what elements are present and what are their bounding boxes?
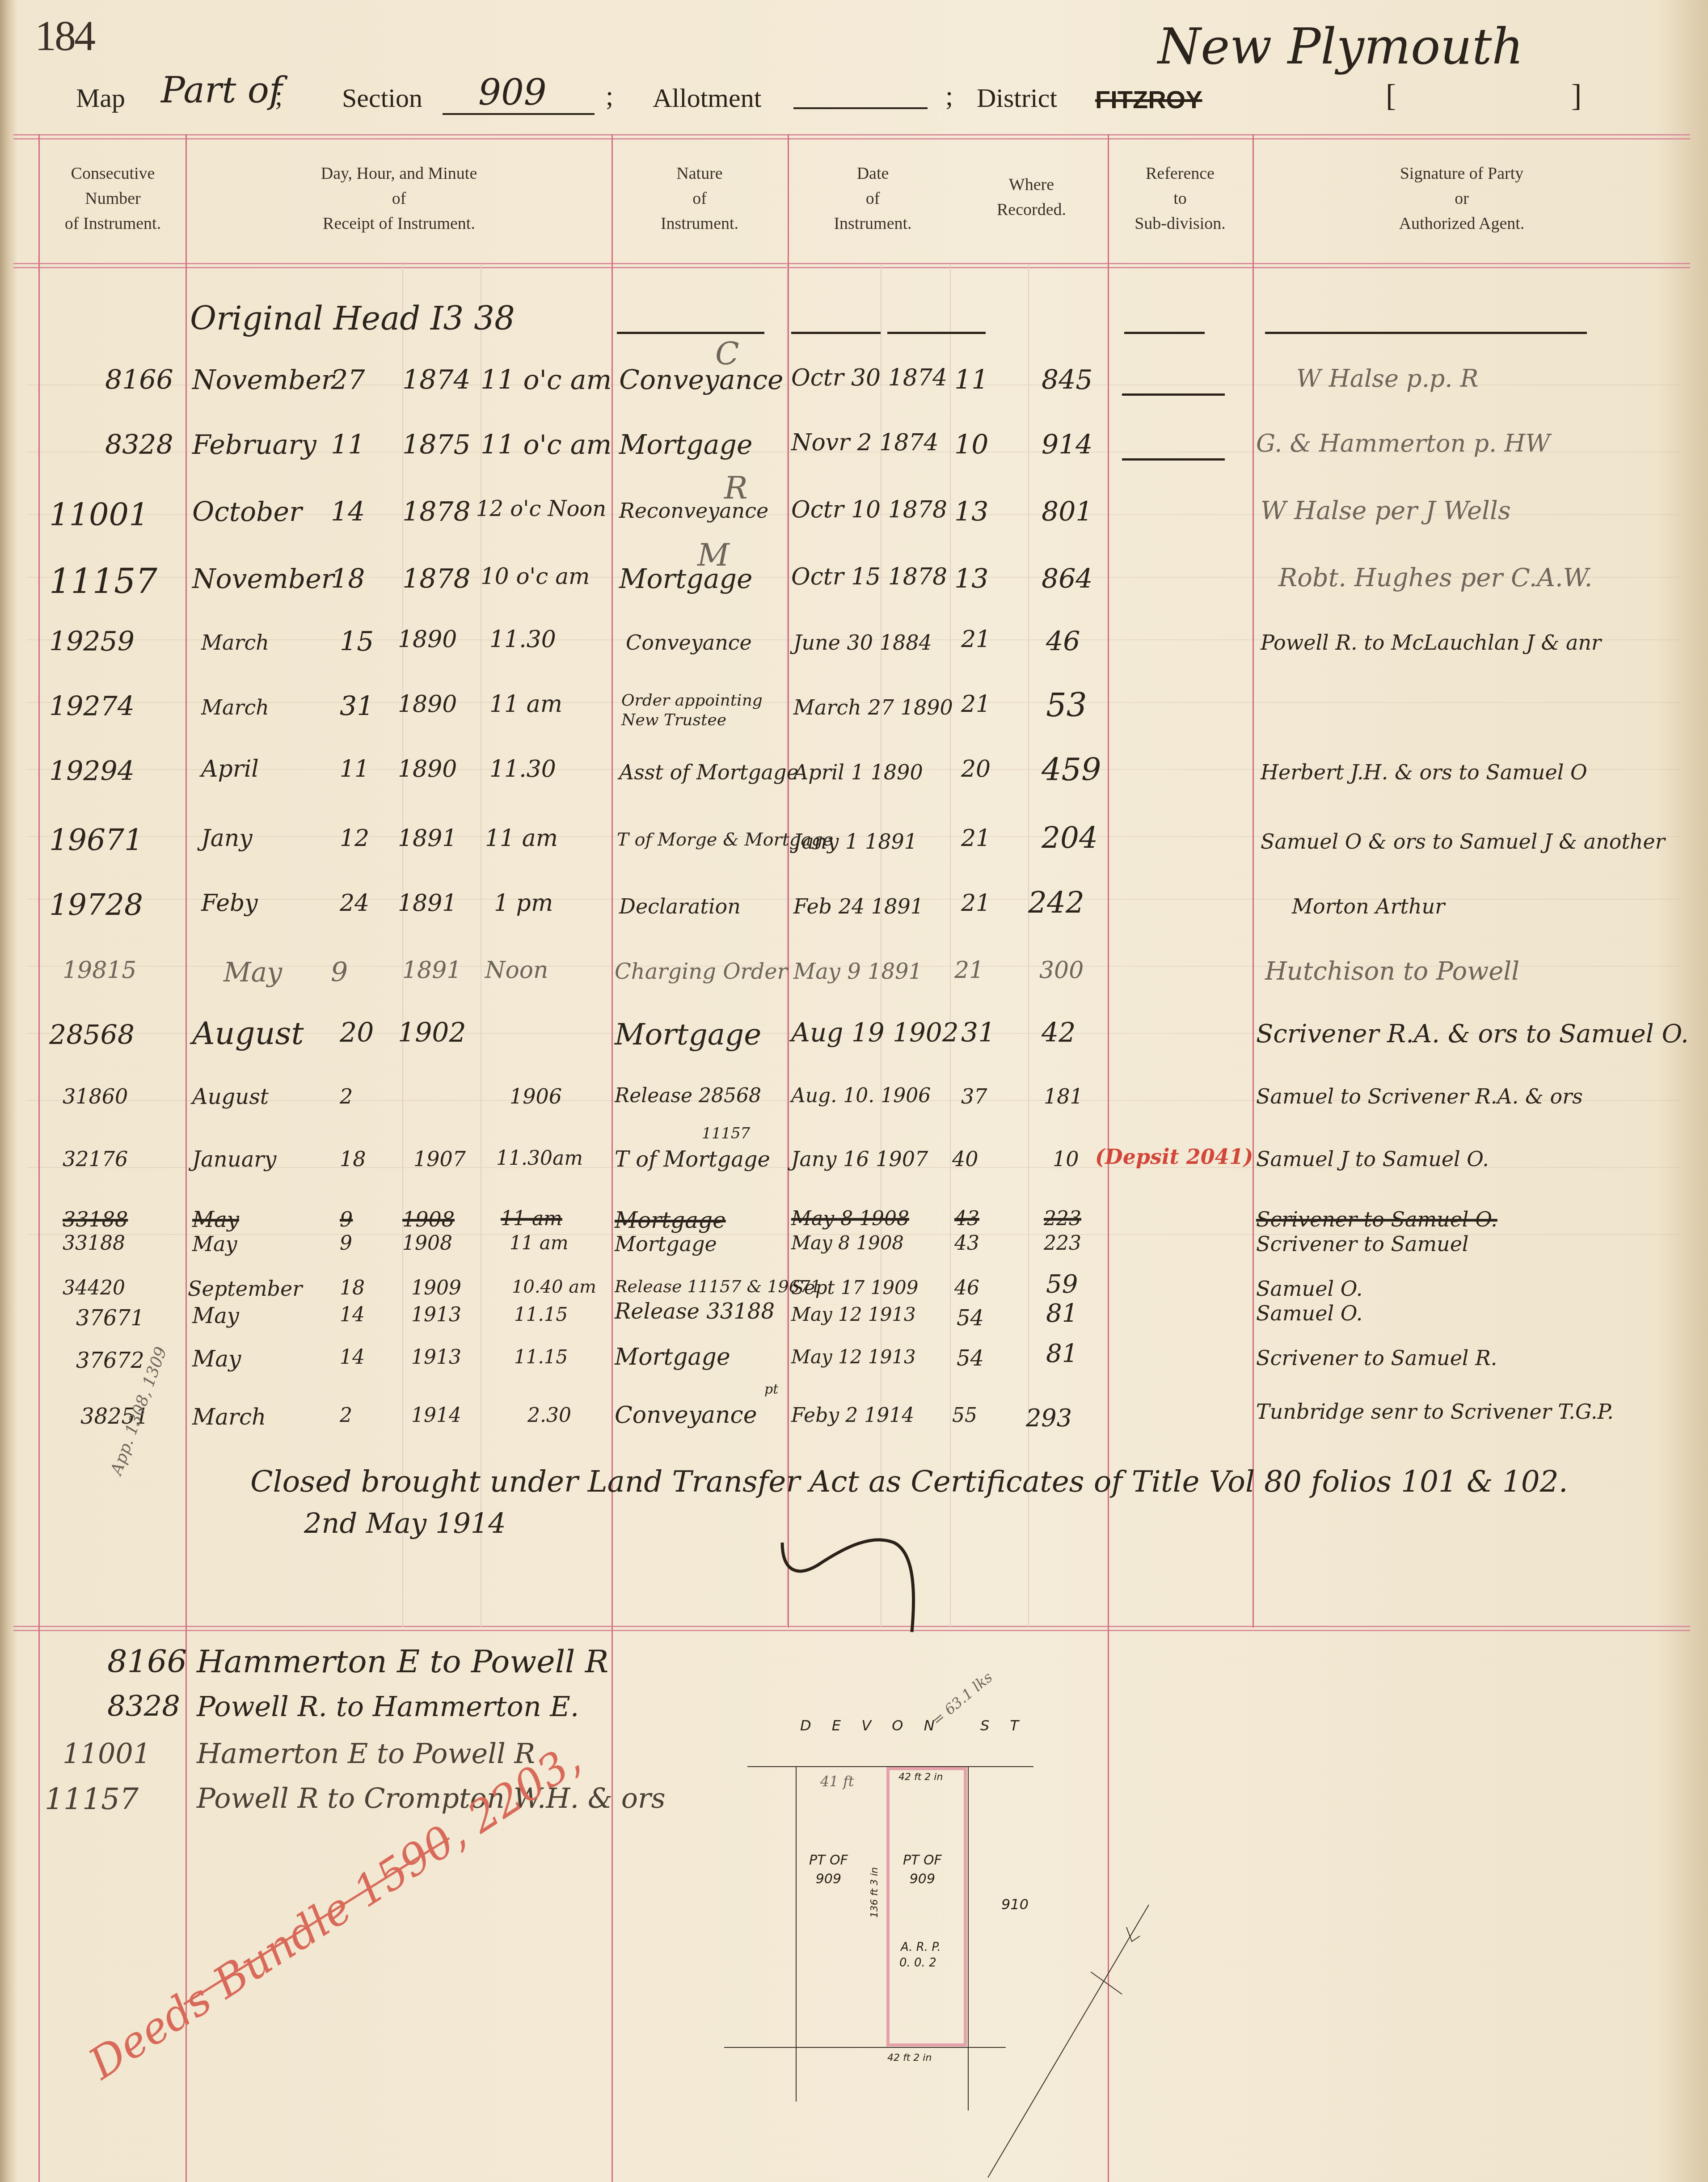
recorded-folio: 223 xyxy=(1044,1232,1081,1255)
receipt-month: February xyxy=(192,429,316,461)
signature: Samuel O. xyxy=(1256,1301,1362,1325)
recorded-volume: 54 xyxy=(957,1306,984,1331)
receipt-year: 1908 xyxy=(402,1232,452,1255)
plan-street-label: D E V O N S T xyxy=(800,1717,1027,1734)
recorded-folio: 914 xyxy=(1042,429,1093,461)
receipt-day: 14 xyxy=(331,496,365,528)
receipt-year-struck: 1908 xyxy=(402,1207,455,1231)
receipt-month: May xyxy=(192,1346,241,1372)
plan-left-lot: PT OF 909 xyxy=(809,1851,848,1889)
recorded-volume: 55 xyxy=(952,1404,977,1427)
receipt-time: 11 o'c am xyxy=(481,429,612,461)
index-number: 8328 xyxy=(107,1690,180,1723)
receipt-day: 18 xyxy=(340,1147,366,1171)
receipt-day: 2 xyxy=(340,1404,352,1427)
index-number: 8166 xyxy=(107,1643,187,1680)
receipt-day: 11 xyxy=(340,756,369,782)
allotment-value xyxy=(793,89,928,109)
instrument-date: Feb 24 1891 xyxy=(793,894,924,918)
instrument-date: Octr 30 1874 xyxy=(791,364,947,391)
receipt-day-struck: 9 xyxy=(340,1207,353,1231)
recorded-volume: 37 xyxy=(961,1084,987,1108)
instrument-number: 11001 xyxy=(49,496,149,533)
separator: ; xyxy=(945,80,953,112)
index-parties: Powell R to Crompton W.H. & ors xyxy=(197,1782,666,1814)
receipt-time: 11 am xyxy=(485,825,558,852)
recorded-volume: 21 xyxy=(961,691,991,718)
recorded-volume: 13 xyxy=(954,563,988,595)
ledger-page: 184 Map Part of ; Section 909 ; Allotmen… xyxy=(0,0,1708,2182)
recorded-volume: 46 xyxy=(954,1277,979,1299)
signature: G. & Hammerton p. HW xyxy=(1256,429,1550,457)
recorded-folio: 204 xyxy=(1042,820,1098,855)
receipt-year: 1913 xyxy=(411,1346,461,1369)
recorded-folio: 81 xyxy=(1046,1339,1078,1368)
signature: Samuel to Scrivener R.A. & ors xyxy=(1256,1084,1583,1108)
sub-column-line xyxy=(950,264,951,1628)
sub-column-line xyxy=(787,264,788,1628)
instrument-number: 37671 xyxy=(76,1306,144,1331)
receipt-year: 1890 xyxy=(398,626,457,653)
recorded-volume: 10 xyxy=(954,429,988,461)
receipt-day: 9 xyxy=(331,957,348,988)
receipt-time: 2.30 xyxy=(527,1404,571,1427)
recorded-volume: 20 xyxy=(961,756,991,782)
plan-area-value: 0. 0. 2 xyxy=(899,1956,936,1970)
sub-column-line xyxy=(402,264,403,1628)
instrument-date: Feby 2 1914 xyxy=(791,1404,914,1427)
signature: W Halse per J Wells xyxy=(1261,496,1511,525)
signature-struck: Scrivener to Samuel O. xyxy=(1256,1207,1497,1231)
receipt-day: 11 xyxy=(331,429,365,461)
allotment-label: Allotment xyxy=(653,83,761,114)
north-arrow-icon xyxy=(974,1900,1162,2182)
closing-date: 2nd May 1914 xyxy=(304,1507,506,1539)
plan-line xyxy=(724,2047,1006,2048)
receipt-year: 1878 xyxy=(402,496,471,528)
receipt-month: August xyxy=(192,1015,304,1052)
recorded-folio: 46 xyxy=(1046,626,1080,657)
closing-note: Closed brought under Land Transfer Act a… xyxy=(250,1464,1568,1499)
sub-column-line xyxy=(481,264,481,1628)
instrument-number: 19294 xyxy=(49,756,135,787)
receipt-year: 1875 xyxy=(402,429,471,461)
blank-dash xyxy=(617,332,764,334)
instrument-date: May 12 1913 xyxy=(791,1346,916,1368)
receipt-month: September xyxy=(188,1277,302,1301)
receipt-year: 1891 xyxy=(402,957,461,984)
nature: Mortgage xyxy=(615,1017,761,1052)
instrument-number-struck: 33188 xyxy=(63,1207,128,1231)
column-header-date: Date of Instrument. xyxy=(789,161,957,236)
survey-plan: D E V O N S T = 63.1 lks 41 ft 42 ft 2 i… xyxy=(715,1654,1207,2182)
nature: Release 33188 xyxy=(615,1299,775,1324)
receipt-day: 12 xyxy=(340,825,369,852)
receipt-time: 1 pm xyxy=(494,890,553,917)
instrument-number: 37672 xyxy=(76,1348,144,1373)
plan-line xyxy=(968,1766,969,2110)
instrument-date: Aug 19 1902 xyxy=(791,1017,959,1048)
header-top-rule xyxy=(13,134,1690,140)
bracket-close: ] xyxy=(1571,78,1581,114)
receipt-day: 2 xyxy=(340,1084,353,1108)
receipt-time: 11 am xyxy=(489,691,562,718)
recorded-volume: 21 xyxy=(961,825,991,852)
nature: Mortgage xyxy=(619,563,752,595)
receipt-month: March xyxy=(192,1404,266,1430)
nature: Mortgage xyxy=(615,1344,730,1370)
signature: Samuel J to Samuel O. xyxy=(1256,1147,1489,1171)
recorded-volume: 54 xyxy=(957,1346,984,1371)
signature: Powell R. to McLauchlan J & anr xyxy=(1261,630,1601,655)
receipt-day: 14 xyxy=(340,1346,365,1369)
signature: Robt. Hughes per C.A.W. xyxy=(1278,563,1592,592)
receipt-month: March xyxy=(201,695,269,719)
receipt-day: 14 xyxy=(340,1303,365,1326)
receipt-time: 12 o'c Noon xyxy=(476,496,606,521)
signature: Scrivener to Samuel R. xyxy=(1256,1346,1497,1370)
plan-bottom-dim: 42 ft 2 in xyxy=(887,2052,932,2064)
separator: ; xyxy=(606,80,613,112)
instrument-date: Jany 1 1891 xyxy=(793,829,917,854)
instrument-date: Octr 10 1878 xyxy=(791,496,947,523)
receipt-year: 1907 xyxy=(413,1147,466,1171)
receipt-month: May xyxy=(192,1303,239,1328)
signature: Morton Arthur xyxy=(1292,894,1445,918)
receipt-time: 1906 xyxy=(510,1084,562,1108)
red-underline xyxy=(183,1837,450,2005)
plan-area-label: A. R. P. xyxy=(901,1941,941,1954)
receipt-month-struck: May xyxy=(192,1207,239,1232)
recorded-folio: 181 xyxy=(1044,1084,1083,1108)
map-value: Part of xyxy=(161,69,283,111)
column-line xyxy=(788,134,789,1628)
nature-mark: 11157 xyxy=(702,1125,750,1142)
column-header-reference: Reference to Sub-division. xyxy=(1109,161,1252,236)
instrument-number: 32176 xyxy=(63,1147,128,1171)
receipt-day: 24 xyxy=(340,890,369,917)
instrument-number: 31860 xyxy=(63,1084,128,1108)
receipt-day: 9 xyxy=(340,1232,352,1255)
page-number: 184 xyxy=(35,11,94,60)
receipt-time-struck: 11 am xyxy=(501,1207,562,1230)
receipt-time: 11.30 xyxy=(489,756,556,782)
nature-mark: C xyxy=(715,335,739,372)
instrument-number: 8166 xyxy=(105,364,173,396)
instrument-date: June 30 1884 xyxy=(793,630,932,655)
instrument-number: 11157 xyxy=(49,561,157,601)
instrument-number: 19259 xyxy=(49,626,135,657)
original-head: Original Head I3 38 xyxy=(190,300,515,337)
recorded-folio-struck: 223 xyxy=(1044,1207,1081,1230)
instrument-date: Novr 2 1874 xyxy=(791,429,939,456)
recorded-volume: 11 xyxy=(954,364,988,396)
instrument-number: 19274 xyxy=(49,691,135,722)
plan-side-dim: 136 ft 3 in xyxy=(869,1867,880,1918)
receipt-month: March xyxy=(201,630,269,655)
instrument-date: Jany 16 1907 xyxy=(791,1147,928,1171)
receipt-time: 11.30am xyxy=(496,1147,583,1170)
column-line xyxy=(612,134,613,2182)
receipt-year: 1913 xyxy=(411,1303,461,1326)
receipt-day: 15 xyxy=(340,626,374,657)
instrument-date: April 1 1890 xyxy=(793,760,923,784)
receipt-month: August xyxy=(192,1084,269,1109)
signature: Hutchison to Powell xyxy=(1265,957,1519,986)
receipt-year: 1874 xyxy=(402,364,471,396)
reference-dash xyxy=(1122,393,1225,396)
receipt-month: May xyxy=(192,1232,237,1256)
column-line xyxy=(38,134,40,2182)
nature: Declaration xyxy=(619,894,741,918)
column-header-receipt: Day, Hour, and Minute of Receipt of Inst… xyxy=(188,161,610,236)
nature: Mortgage xyxy=(619,429,752,461)
signature-flourish xyxy=(769,1516,1001,1659)
receipt-month: November xyxy=(192,563,334,595)
nature: T of Mortgage xyxy=(615,1147,770,1172)
plan-pencil-dim: 41 ft xyxy=(820,1773,854,1790)
instrument-date-struck: May 8 1908 xyxy=(791,1207,909,1230)
recorded-volume: 21 xyxy=(961,626,991,653)
index-parties: Hammerton E to Powell R xyxy=(197,1643,608,1680)
plan-line xyxy=(796,1766,797,2102)
nature: Mortgage xyxy=(615,1232,717,1256)
receipt-month: November xyxy=(192,364,334,396)
section-value: 909 xyxy=(443,72,595,115)
district-struck: FITZROY xyxy=(1095,85,1202,114)
nature: Asst of Mortgage xyxy=(619,760,799,784)
receipt-year: 1890 xyxy=(398,691,457,718)
blank-dash xyxy=(791,332,881,334)
recorded-folio: 845 xyxy=(1042,364,1093,396)
recorded-folio: 81 xyxy=(1046,1299,1078,1328)
receipt-month: April xyxy=(201,756,259,782)
index-number: 11157 xyxy=(45,1782,139,1816)
plan-mid-lot: PT OF 909 xyxy=(903,1851,942,1889)
column-header-nature: Nature of Instrument. xyxy=(612,161,787,236)
receipt-month: Feby xyxy=(201,890,258,917)
reference-dash xyxy=(1122,458,1225,461)
receipt-year: 1902 xyxy=(398,1017,466,1049)
nature-mark: M xyxy=(697,537,730,573)
receipt-year: 1891 xyxy=(398,825,457,852)
recorded-volume: 40 xyxy=(952,1147,978,1171)
signature: Herbert J.H. & ors to Samuel O xyxy=(1261,760,1587,784)
blank-dash xyxy=(1265,332,1587,334)
index-number: 11001 xyxy=(63,1737,151,1770)
column-header-where-recorded: Where Recorded. xyxy=(957,172,1106,222)
recorded-volume: 31 xyxy=(961,1017,995,1049)
receipt-year: 1890 xyxy=(398,756,457,782)
nature: Release 11157 & 19671 xyxy=(615,1277,821,1296)
receipt-year: 1878 xyxy=(402,563,471,595)
recorded-folio: 459 xyxy=(1042,751,1101,788)
receipt-year: 1914 xyxy=(411,1404,461,1427)
blank-dash xyxy=(887,332,986,334)
receipt-time: Noon xyxy=(485,957,548,984)
instrument-number: 19815 xyxy=(63,957,136,984)
nature: Release 28568 xyxy=(615,1084,761,1107)
plan-top-dim: 42 ft 2 in xyxy=(898,1772,943,1783)
signature: Samuel O. xyxy=(1256,1277,1362,1301)
receipt-time: 11 am xyxy=(510,1232,569,1254)
recorded-volume: 43 xyxy=(954,1232,979,1255)
receipt-year: 1909 xyxy=(411,1277,461,1299)
index-parties: Powell R. to Hammerton E. xyxy=(197,1690,579,1723)
signature: W Halse p.p. R xyxy=(1296,364,1478,393)
recorded-folio: 53 xyxy=(1046,686,1087,724)
column-line xyxy=(1253,134,1254,1628)
instrument-number: 28568 xyxy=(49,1019,135,1051)
instrument-date: March 27 1890 xyxy=(793,695,953,719)
nature-struck: Mortgage xyxy=(615,1207,726,1233)
receipt-month: Jany xyxy=(201,825,253,852)
receipt-day: 31 xyxy=(340,691,374,722)
receipt-day: 18 xyxy=(340,1277,365,1299)
recorded-folio: 10 xyxy=(1053,1147,1079,1171)
recorded-folio: 801 xyxy=(1042,496,1093,528)
instrument-date: May 12 1913 xyxy=(791,1303,916,1325)
district-label: District xyxy=(977,83,1057,114)
instrument-date: Octr 15 1878 xyxy=(791,563,947,590)
recorded-folio: 59 xyxy=(1046,1270,1078,1299)
column-line xyxy=(186,134,187,2182)
recorded-volume: 21 xyxy=(961,890,991,917)
receipt-day: 20 xyxy=(340,1017,374,1049)
district-handwritten: New Plymouth xyxy=(1158,18,1523,75)
receipt-month: January xyxy=(192,1147,276,1172)
nature: Order appointing New Trustee xyxy=(621,691,787,730)
nature-mark: pt xyxy=(764,1382,778,1397)
receipt-time: 10 o'c am xyxy=(481,563,590,589)
instrument-number: 19671 xyxy=(49,823,143,857)
section-label: Section xyxy=(342,83,422,114)
instrument-number: 34420 xyxy=(63,1277,125,1299)
instrument-number: 8328 xyxy=(105,429,173,461)
recorded-volume: 21 xyxy=(954,957,984,984)
nature: Conveyance xyxy=(615,1402,757,1429)
receipt-day: 18 xyxy=(331,563,365,595)
instrument-date: Sept 17 1909 xyxy=(791,1277,918,1298)
instrument-date: May 9 1891 xyxy=(793,959,922,984)
header-bottom-rule xyxy=(13,263,1690,268)
recorded-folio: 300 xyxy=(1039,957,1084,984)
receipt-time: 11 o'c am xyxy=(481,364,612,396)
nature: Charging Order xyxy=(615,959,788,984)
receipt-year: 1891 xyxy=(398,890,457,917)
column-header-consecutive-number: Consecutive Number of Instrument. xyxy=(40,161,186,236)
recorded-volume-struck: 43 xyxy=(954,1207,979,1230)
signature: Scrivener R.A. & ors to Samuel O. xyxy=(1256,1019,1689,1049)
recorded-folio: 42 xyxy=(1042,1017,1075,1049)
instrument-date: May 8 1908 xyxy=(791,1232,904,1254)
recorded-folio: 864 xyxy=(1042,563,1093,595)
receipt-month: May xyxy=(224,957,282,988)
receipt-time: 10.40 am xyxy=(512,1277,596,1297)
receipt-month: October xyxy=(192,496,302,528)
reference-deposit: (Depsit 2041) xyxy=(1095,1145,1253,1169)
recorded-volume: 13 xyxy=(954,496,988,528)
instrument-number: 19728 xyxy=(49,888,143,922)
column-header-signature: Signature of Party or Authorized Agent. xyxy=(1254,161,1670,236)
signature: Samuel O & ors to Samuel J & another xyxy=(1261,829,1665,854)
signature: Scrivener to Samuel xyxy=(1256,1232,1469,1256)
receipt-day: 27 xyxy=(331,364,365,396)
instrument-number: 33188 xyxy=(63,1232,125,1255)
receipt-time: 11.15 xyxy=(514,1303,568,1325)
recorded-folio: 293 xyxy=(1026,1404,1072,1432)
index-parties: Hamerton E to Powell R xyxy=(197,1737,535,1770)
plan-highlighted-lot xyxy=(886,1767,967,2047)
bracket-open: [ xyxy=(1386,78,1396,114)
receipt-time: 11.15 xyxy=(514,1346,568,1368)
signature: Tunbridge senr to Scrivener T.G.P. xyxy=(1256,1400,1614,1424)
nature: Conveyance xyxy=(619,364,784,396)
receipt-time: 11.30 xyxy=(489,626,556,653)
separator: ; xyxy=(275,80,283,112)
nature-mark: R xyxy=(724,469,748,506)
blank-dash xyxy=(1124,332,1205,334)
map-label: Map xyxy=(76,83,125,114)
nature: Conveyance xyxy=(626,630,752,655)
recorded-folio: 242 xyxy=(1028,885,1084,920)
instrument-date: Aug. 10. 1906 xyxy=(791,1084,931,1107)
